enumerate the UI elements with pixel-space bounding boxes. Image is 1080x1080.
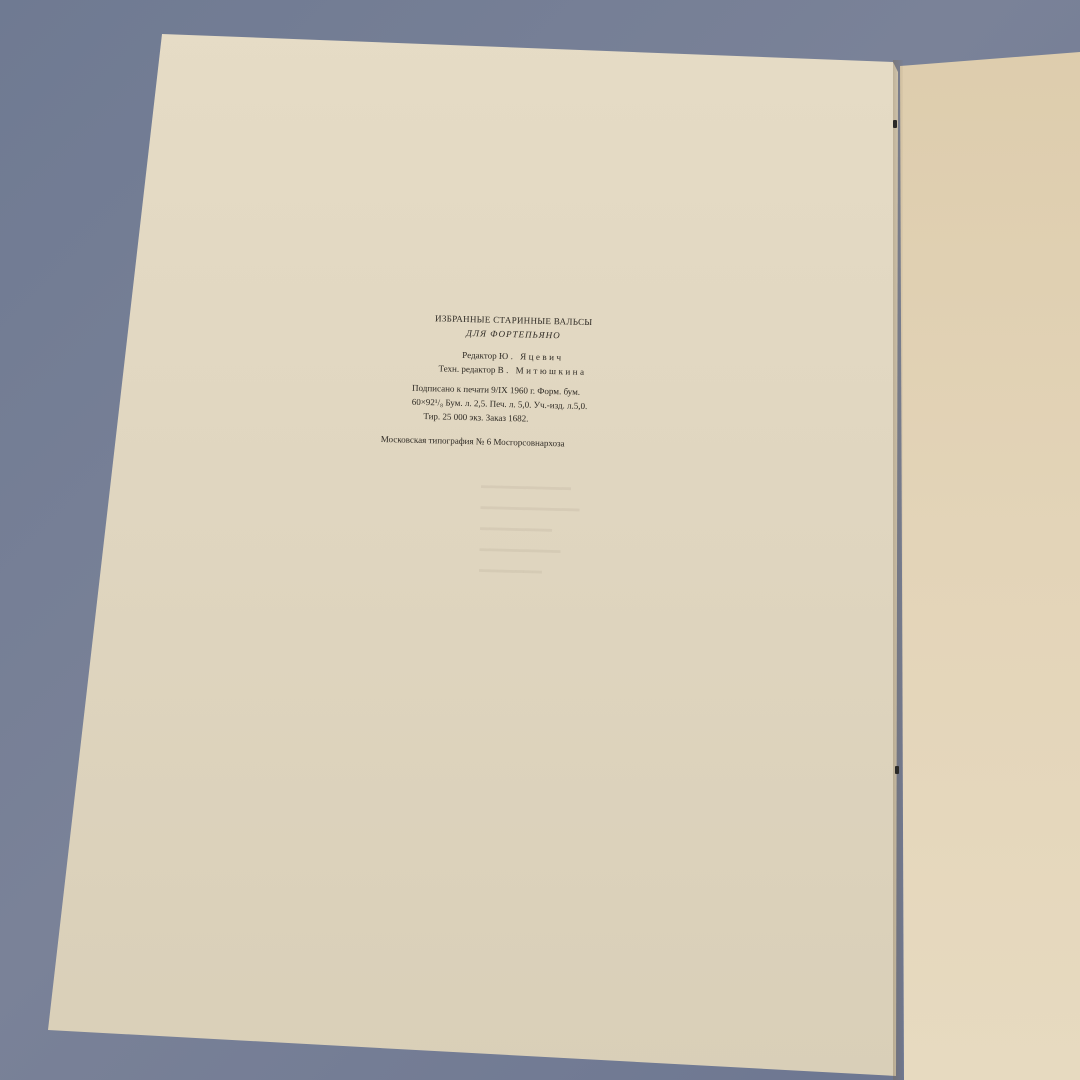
tech-editor-label: Техн. редактор xyxy=(438,363,495,374)
tech-editor-name: В. Митюшкина xyxy=(498,365,587,377)
print-details: Подписано к печати 9/IX 1960 г. Форм. бу… xyxy=(381,380,642,428)
editor-name: Ю. Яцевич xyxy=(499,351,564,363)
spine-shadow xyxy=(893,60,903,1080)
colophon: ИЗБРАННЫЕ СТАРИННЫЕ ВАЛЬСЫ ДЛЯ ФОРТЕПЬЯН… xyxy=(381,310,644,452)
staple-bottom xyxy=(895,766,899,774)
editor-label: Редактор xyxy=(462,350,497,361)
show-through-text: ▬▬▬▬▬▬▬▬▬▬▬▬▬▬▬▬▬▬▬▬▬▬▬▬▬▬▬▬▬▬▬▬▬▬▬▬▬▬▬▬… xyxy=(479,475,731,586)
staple-top xyxy=(893,120,897,128)
